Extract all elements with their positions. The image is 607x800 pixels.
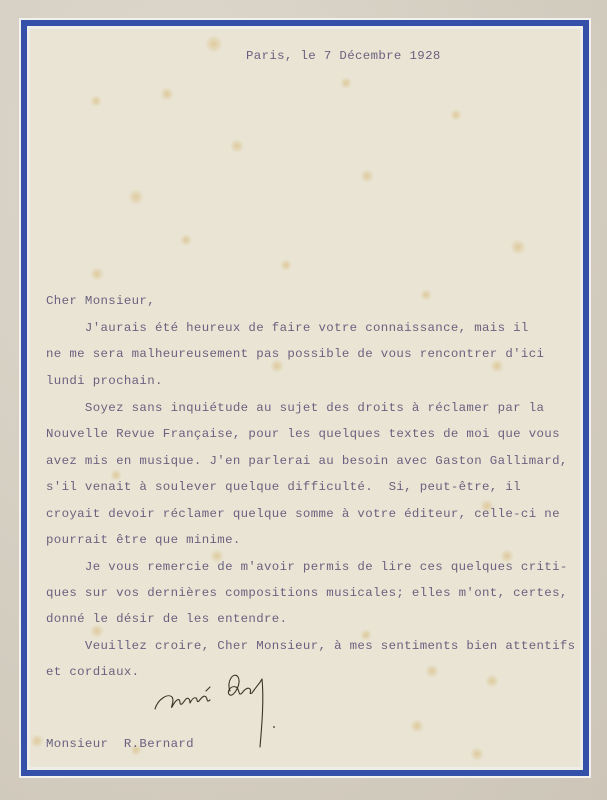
foxing-spot <box>280 259 292 271</box>
foxing-spot <box>470 747 484 761</box>
foxing-spot <box>90 267 104 281</box>
salutation: Cher Monsieur, <box>46 294 155 308</box>
foxing-spot <box>490 359 504 373</box>
recipient-line: Monsieur R.Bernard <box>46 737 194 751</box>
body-line: s'il venait à soulever quelque difficult… <box>46 480 521 494</box>
body-line: ques sur vos dernières compositions musi… <box>46 586 568 600</box>
letter-paper: Paris, le 7 Décembre 1928 Cher Monsieur,… <box>30 29 580 767</box>
body-line: avez mis en musique. J'en parlerai au be… <box>46 454 568 468</box>
body-line: J'aurais été heureux de faire votre conn… <box>46 321 529 335</box>
body-line: Je vous remercie de m'avoir permis de li… <box>46 560 568 574</box>
foxing-spot <box>90 624 104 638</box>
foxing-spot <box>420 289 432 301</box>
body-line: et cordiaux. <box>46 665 139 679</box>
foxing-spot <box>90 95 102 107</box>
foxing-spot <box>450 109 462 121</box>
foxing-spot <box>510 239 526 255</box>
foxing-spot <box>270 359 284 373</box>
body-line: Nouvelle Revue Française, pour les quelq… <box>46 427 560 441</box>
foxing-spot <box>205 35 223 53</box>
foxing-spot <box>160 87 174 101</box>
foxing-spot <box>230 139 244 153</box>
body-line: donné le désir de les entendre. <box>46 612 287 626</box>
foxing-spot <box>180 234 192 246</box>
date-line: Paris, le 7 Décembre 1928 <box>246 49 441 63</box>
foxing-spot <box>128 189 144 205</box>
foxing-spot <box>410 719 424 733</box>
body-line: ne me sera malheureusement pas possible … <box>46 347 544 361</box>
body-line: pourrait être que minime. <box>46 533 241 547</box>
foxing-spot <box>30 734 44 748</box>
foxing-spot <box>360 169 374 183</box>
foxing-spot <box>425 664 439 678</box>
body-line: croyait devoir réclamer quelque somme à … <box>46 507 560 521</box>
body-line: Soyez sans inquiétude au sujet des droit… <box>46 401 544 415</box>
foxing-spot <box>340 77 352 89</box>
body-line: Veuillez croire, Cher Monsieur, à mes se… <box>46 639 575 653</box>
body-line: lundi prochain. <box>46 374 163 388</box>
foxing-spot <box>485 674 499 688</box>
handwritten-signature: André Gide <box>150 669 280 767</box>
